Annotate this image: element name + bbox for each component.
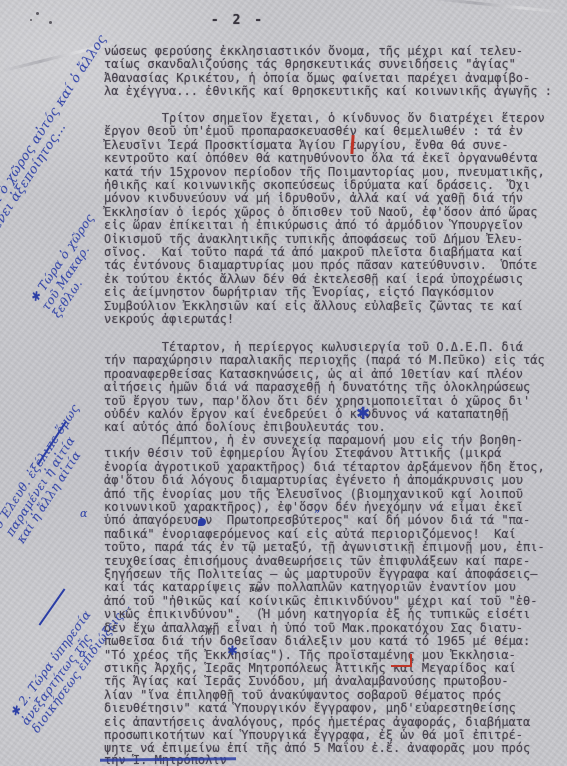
pen-insert-quote: ” (314, 508, 320, 522)
margin-note-top: Τώρα ὁ χῶρος αὐτός καί ὁ ἄλλος μένει ἀξε… (0, 33, 121, 239)
pen-blot-mark (198, 518, 206, 526)
pen-insert-alpha: α (79, 647, 86, 660)
pen-strikethrough-margin (39, 588, 66, 625)
red-pen-bracket (391, 654, 412, 667)
typed-paragraph-continuation: νώσεως φερούσης ἐκκλησιαστικόν ὄνομα, τῆ… (104, 45, 566, 99)
pen-star-icon: ✱ (227, 644, 238, 659)
pen-insert-alpha: α (80, 507, 87, 520)
scanned-document-page: - 2 - νώσεως φερούσης ἐκκλησιαστικόν ὄνο… (0, 0, 567, 766)
pen-star-icon: ✱ (356, 404, 370, 424)
typed-paragraph-triton: Τρίτον σημεῖον ἔχεται, ὁ κίνδυνος ὅν δια… (104, 112, 566, 327)
page-number: - 2 - (203, 13, 273, 28)
paper-crease (430, 0, 567, 14)
margin-note-middle: ὁ Ἐλευθ. ἐξέλιπε ὅμως παραμένει ἡ αἰτία … (0, 402, 105, 546)
staple-hole (36, 12, 39, 15)
staple-hole (30, 19, 32, 21)
pen-overwrite-ge: γη (204, 626, 215, 636)
typed-paragraph-pempton: Πέμπτον, ἡ ἐν συνεχείᾳ παραμονή μου εἰς … (104, 434, 566, 756)
staple-hole (49, 21, 52, 24)
pen-insert-nu-omega: νω (249, 585, 262, 595)
typed-paragraph-tetarton: Τέταρτον, ἡ περίεργος κωλυσιεργία τοῦ Ο.… (104, 341, 566, 435)
